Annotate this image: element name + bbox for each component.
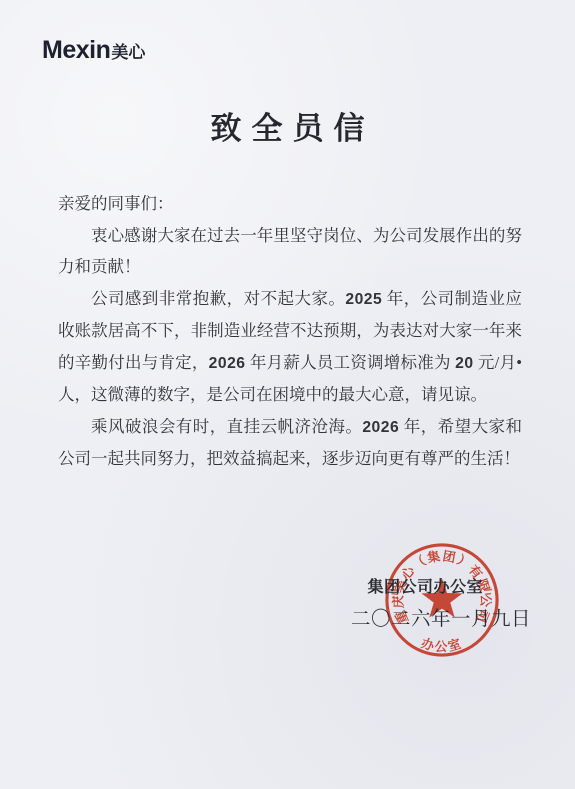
letter-body: 亲爱的同事们： 衷心感谢大家在过去一年里坚守岗位、为公司发展作出的努力和贡献！ … <box>58 188 522 475</box>
logo-chinese-text: 美心 <box>111 44 145 61</box>
company-seal: 重庆美心（集团）有限公司 办公室 <box>383 541 501 659</box>
seal-bottom-text: 办公室 <box>419 635 464 654</box>
svg-text:办公室: 办公室 <box>419 635 464 654</box>
mexin-logo: Mexin美心 <box>42 38 145 63</box>
signature-office: 集团公司办公室 <box>367 574 483 597</box>
salutation: 亲爱的同事们： <box>58 188 522 220</box>
paragraph-thanks: 衷心感谢大家在过去一年里坚守岗位、为公司发展作出的努力和贡献！ <box>58 220 522 283</box>
paragraph-apology: 公司感到非常抱歉，对不起大家。2025 年，公司制造业应收账款居高不下，非制造业… <box>58 283 522 411</box>
letter-date: 二〇二六年一月九日 <box>351 603 531 631</box>
letter-page: Mexin美心 致全员信 亲爱的同事们： 衷心感谢大家在过去一年里坚守岗位、为公… <box>0 0 575 789</box>
logo-latin-text: Mexin <box>42 38 110 63</box>
letter-title: 致全员信 <box>0 103 575 148</box>
paragraph-outlook: 乘风破浪会有时，直挂云帆济沧海。2026 年，希望大家和公司一起共同努力，把效益… <box>58 411 522 475</box>
